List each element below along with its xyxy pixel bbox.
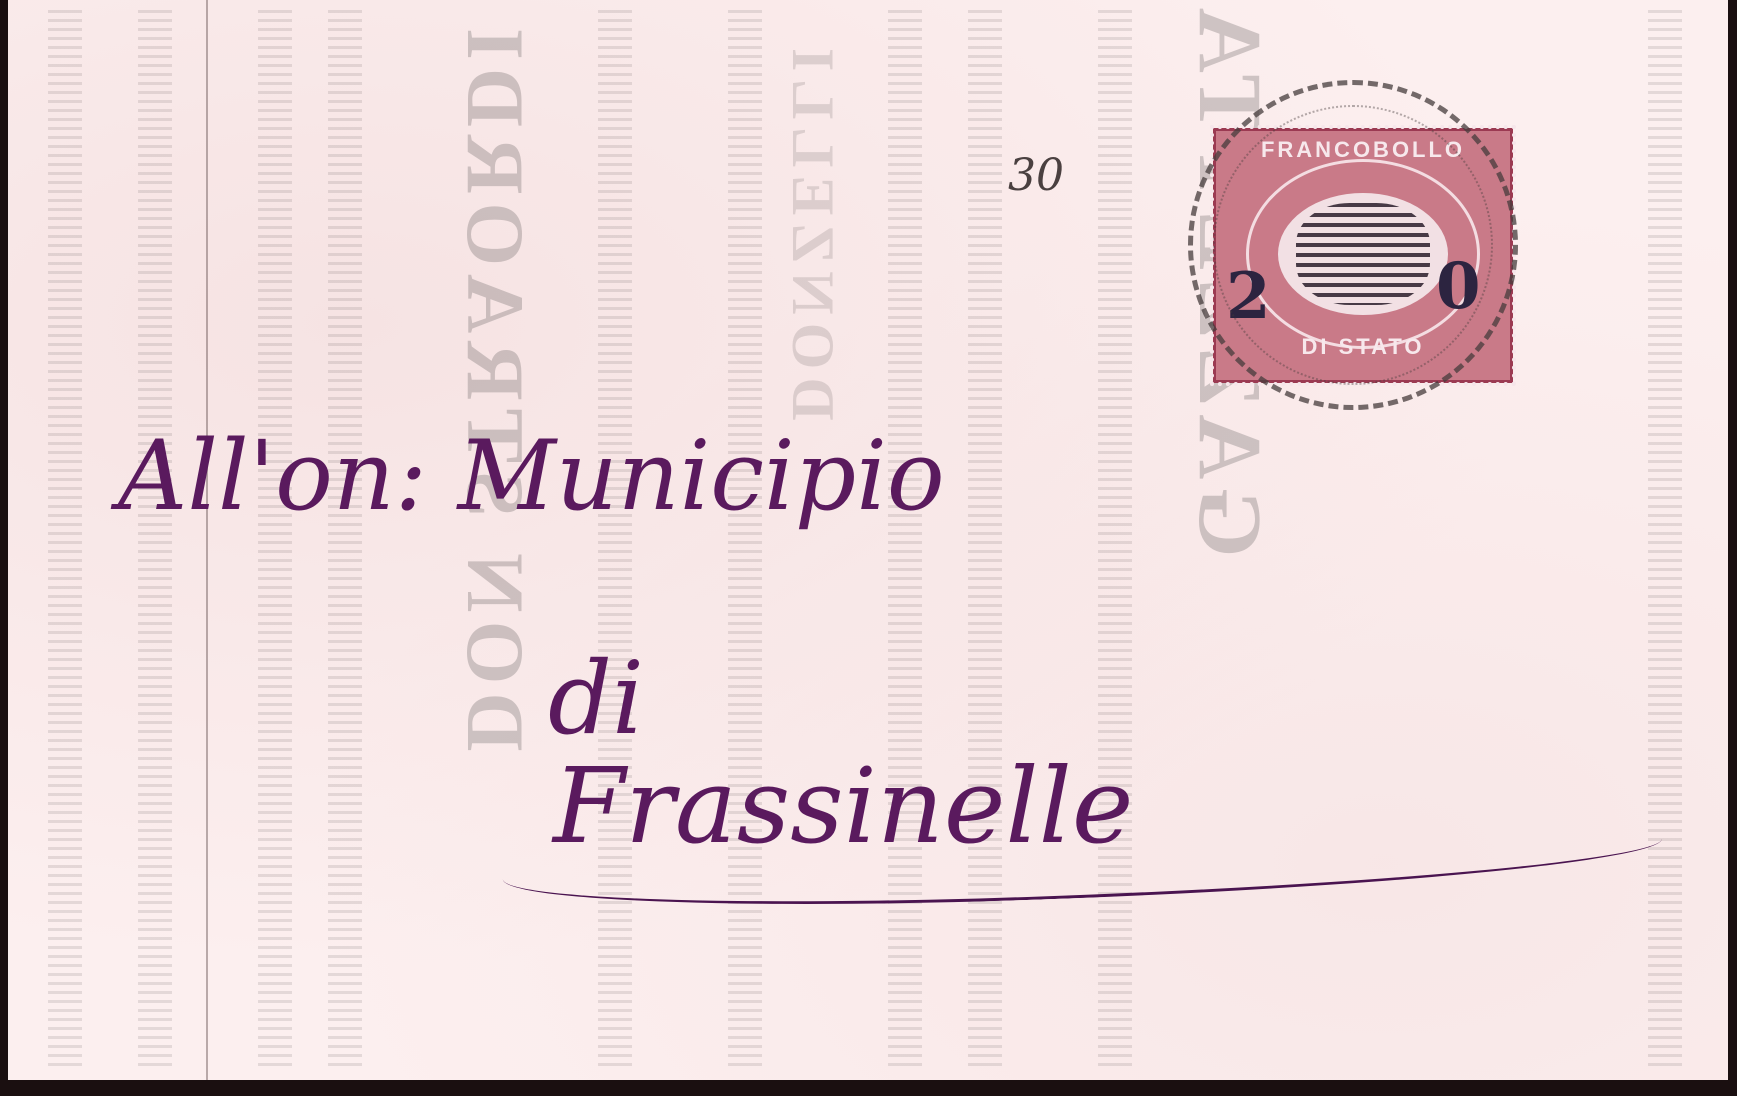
newsprint-column: [258, 10, 292, 1070]
fold-line: [206, 0, 208, 1080]
postmark-inner-ring: [1213, 105, 1493, 385]
newsprint-column: [328, 10, 362, 1070]
newsprint-column: [1098, 10, 1132, 1070]
newsprint-column: [888, 10, 922, 1070]
address-line-3: Frassinelle: [553, 745, 1133, 867]
address-line-1: All'on: Municipio: [118, 420, 945, 532]
postmark-cancel: [1188, 80, 1518, 410]
show-through-text: DON STRAORDI: [448, 20, 542, 752]
newsprint-column: [968, 10, 1002, 1070]
envelope-paper: DON STRAORDI GAZZETTA DONZELLI 30 FRANCO…: [8, 0, 1728, 1080]
newsprint-column: [1648, 10, 1682, 1070]
newsprint-column: [48, 10, 82, 1070]
newsprint-column: [728, 10, 762, 1070]
pencil-note: 30: [1008, 150, 1064, 201]
newsprint-column: [598, 10, 632, 1070]
newsprint-column: [138, 10, 172, 1070]
show-through-text: DONZELLI: [778, 40, 847, 421]
address-line-2: di: [548, 640, 644, 757]
